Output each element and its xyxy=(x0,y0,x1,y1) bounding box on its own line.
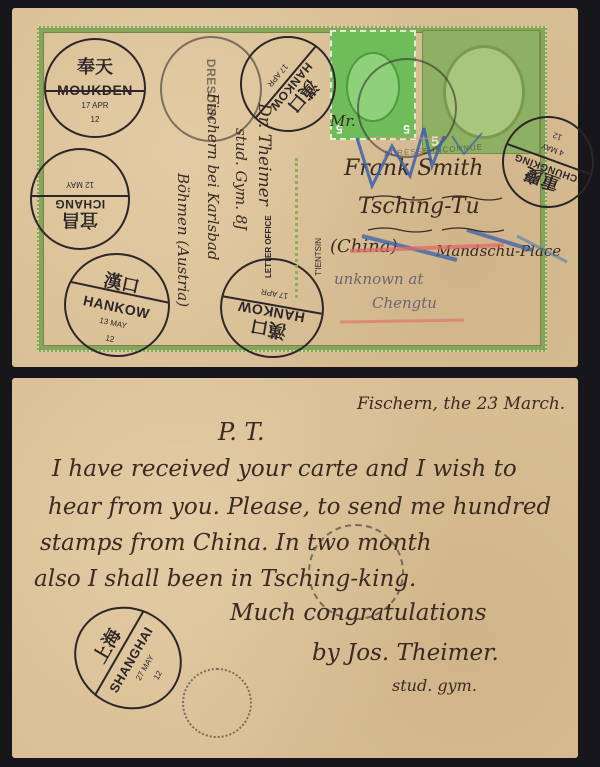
signature: by Jos. Theimer. xyxy=(312,640,499,666)
body-line-2: hear from you. Please, to send me hundre… xyxy=(48,494,551,520)
greeting: P. T. xyxy=(218,418,265,446)
body-line-1: I have received your carte and I wish to xyxy=(52,456,517,482)
postmark-faint xyxy=(308,524,404,620)
postcard-back: Fischern, the 23 March. P. T. I have rec… xyxy=(12,378,578,758)
dateline: Fischern, the 23 March. xyxy=(357,394,565,414)
postmark-shanghai: 上海 SHANGHAI 27 MAY 12 xyxy=(55,587,200,729)
postmark-smudged xyxy=(182,668,252,738)
crayon-scribbles xyxy=(12,8,578,367)
signer-title: stud. gym. xyxy=(392,676,477,695)
postcard-front: 5 5 5 奉天 MOUKDEN 17 APR 12 DRESDEN 漢口 HA… xyxy=(12,8,578,367)
